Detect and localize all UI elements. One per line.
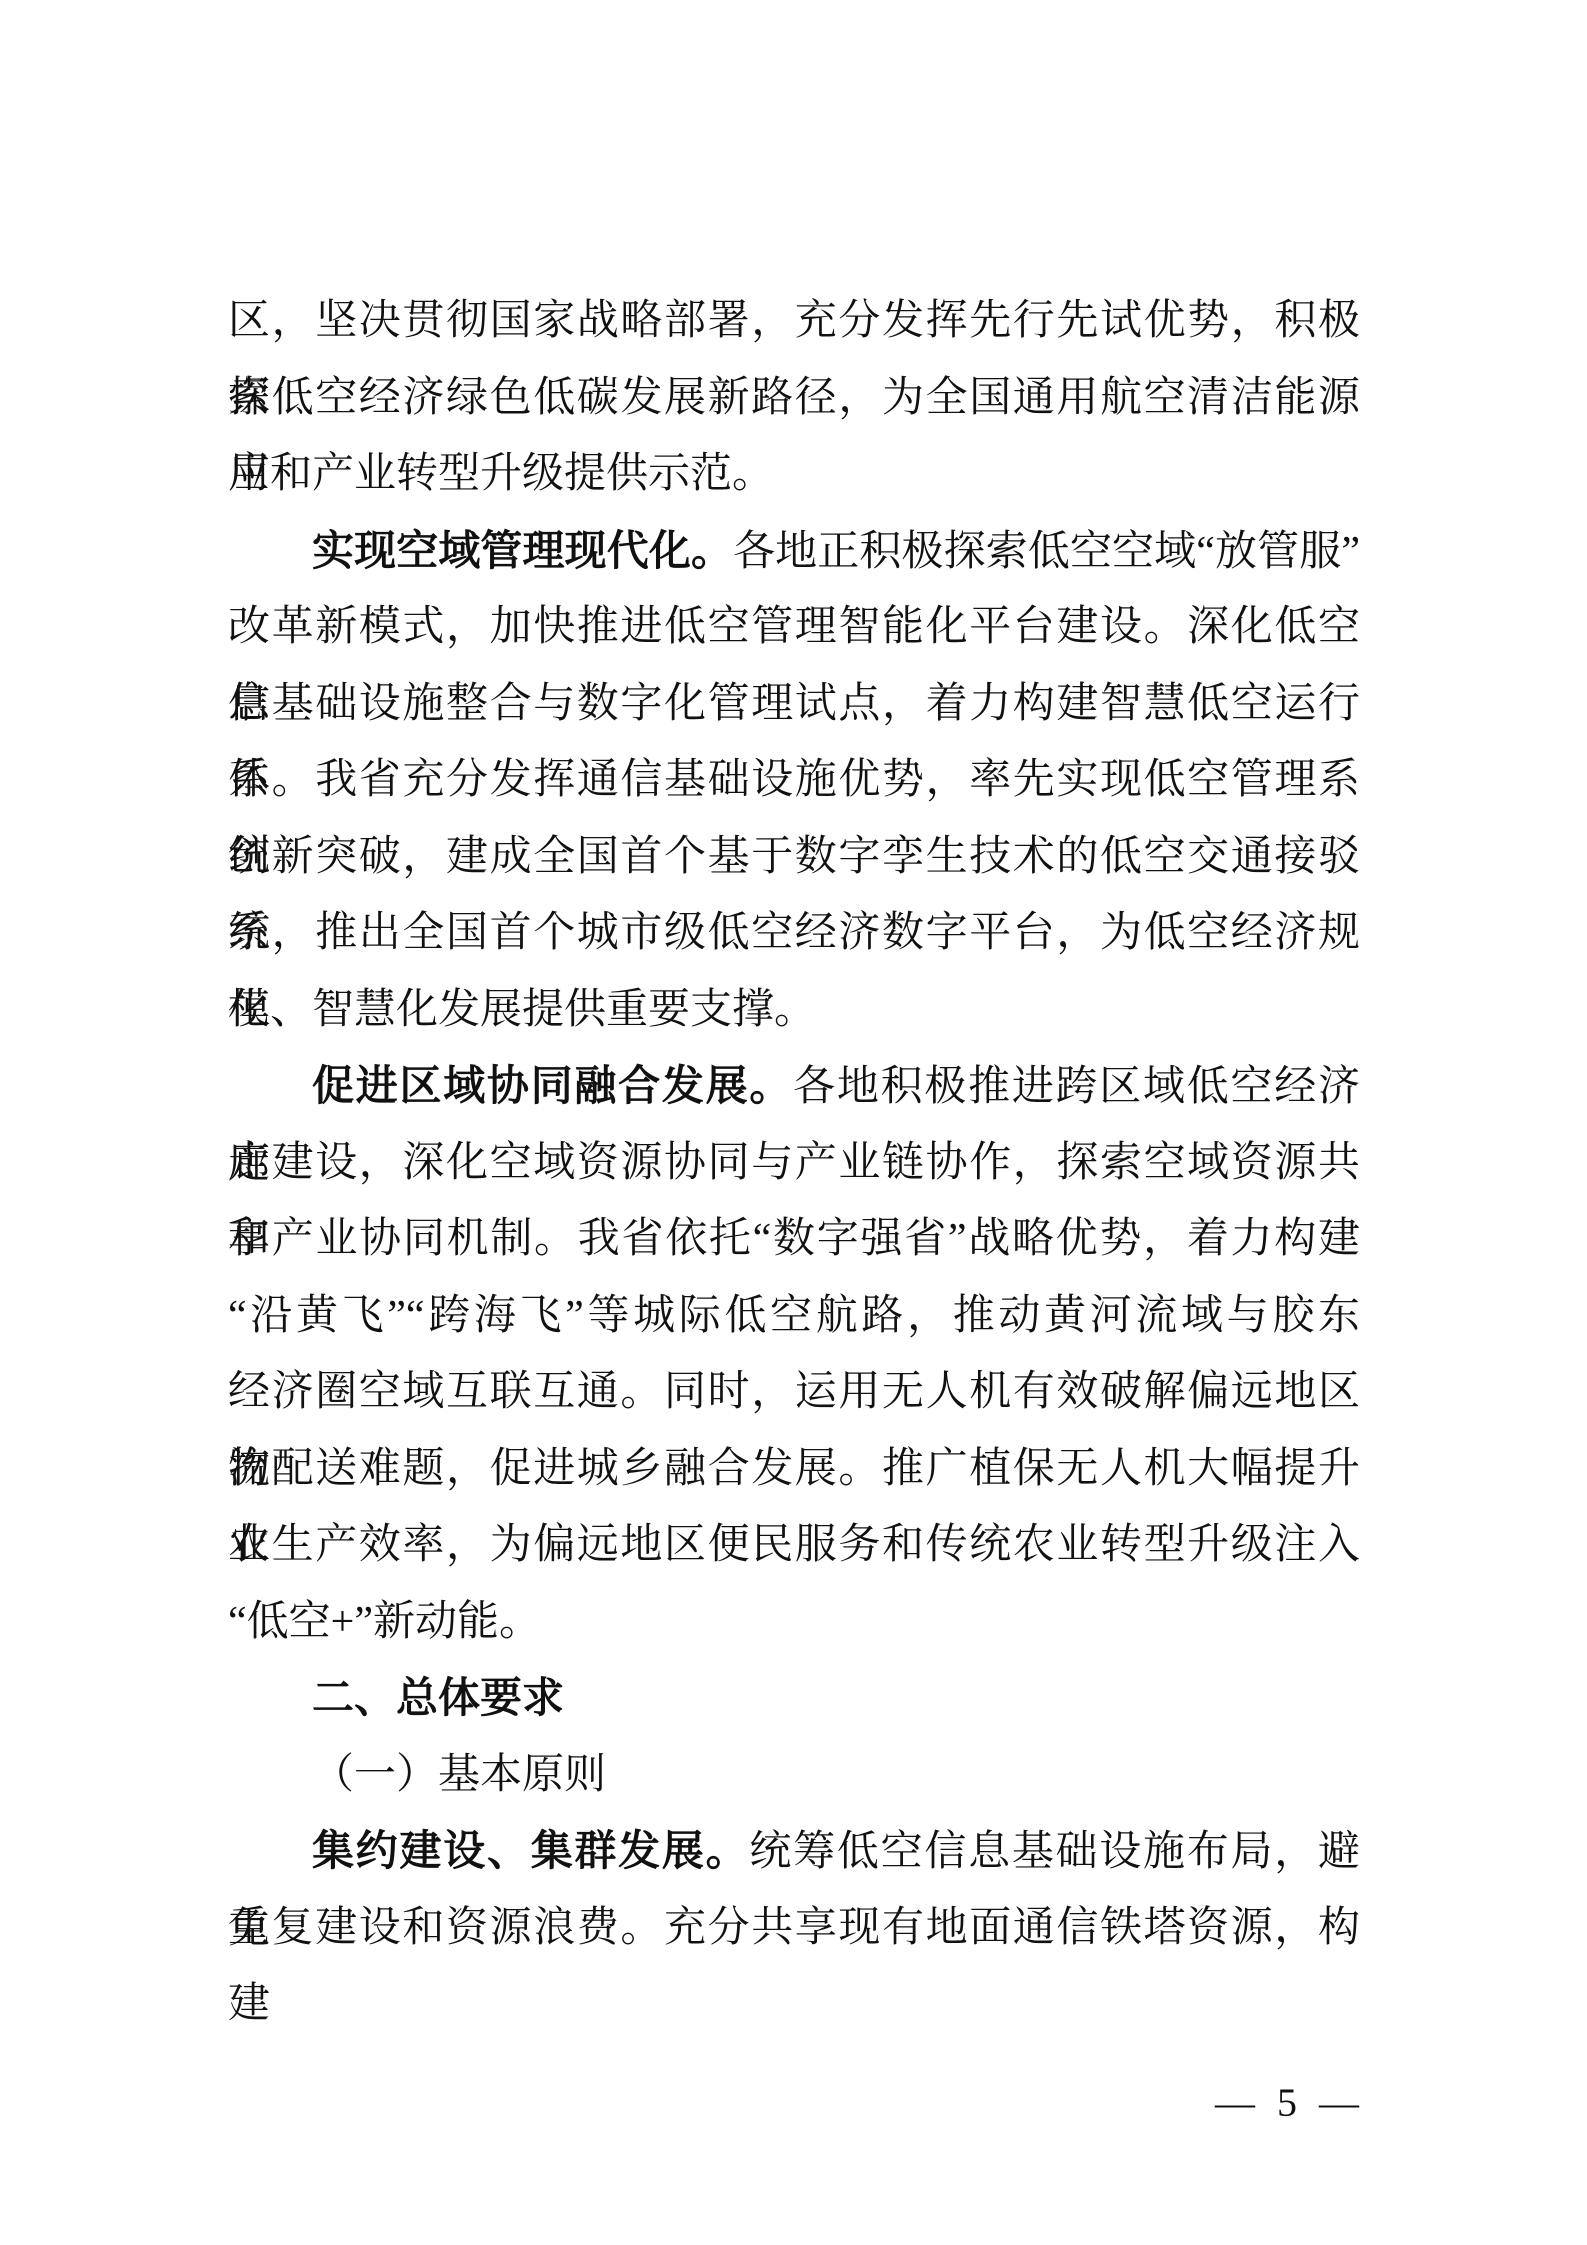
text-line: 廊建设，深化空域资源协同与产业链协作，探索空域资源共享 bbox=[228, 1125, 1360, 1202]
text-line: 息基础设施整合与数字化管理试点，着力构建智慧低空运行体 bbox=[228, 666, 1360, 743]
text-line: 促进区域协同融合发展。各地积极推进跨区域低空经济走 bbox=[228, 1048, 1360, 1125]
bold-lead: 促进区域协同融合发展。 bbox=[312, 1062, 793, 1109]
text-line: 用和产业转型升级提供示范。 bbox=[228, 436, 1360, 513]
text-line: 经济圈空域互联互通。同时，运用无人机有效破解偏远地区物 bbox=[228, 1354, 1360, 1431]
text-line: 重复建设和资源浪费。充分共享现有地面通信铁塔资源，构建 bbox=[228, 1890, 1360, 1967]
line-text: 化、智慧化发展提供重要支撑。 bbox=[228, 987, 816, 1033]
section-heading-line: 二、总体要求 bbox=[228, 1660, 1360, 1737]
text-line: 改革新模式，加快推进低空管理智能化平台建设。深化低空信 bbox=[228, 589, 1360, 666]
text-line: 业生产效率，为偏远地区便民服务和传统农业转型升级注入 bbox=[228, 1507, 1360, 1584]
text-line: 实现空域管理现代化。各地正积极探索低空空域“放管服” bbox=[228, 513, 1360, 590]
text-line: 流配送难题，促进城乡融合发展。推广植保无人机大幅提升农 bbox=[228, 1431, 1360, 1508]
line-text: “低空+”新动能。 bbox=[228, 1599, 541, 1645]
document-page: 区，坚决贯彻国家战略部署，充分发挥先行先试优势，积极探索低空经济绿色低碳发展新路… bbox=[0, 0, 1587, 2245]
line-text: 业生产效率，为偏远地区便民服务和传统农业转型升级注入 bbox=[228, 1522, 1360, 1568]
bold-lead: 集约建设、集群发展。 bbox=[312, 1827, 749, 1874]
line-text: “沿黄飞”“跨海飞”等城际低空航路，推动黄河流域与胶东 bbox=[228, 1293, 1360, 1339]
text-line: 索低空经济绿色低碳发展新路径，为全国通用航空清洁能源应 bbox=[228, 360, 1360, 437]
text-line: 和产业协同机制。我省依托“数字强省”战略优势，着力构建 bbox=[228, 1201, 1360, 1278]
text-line: “低空+”新动能。 bbox=[228, 1584, 1360, 1661]
line-text: 用和产业转型升级提供示范。 bbox=[228, 451, 774, 497]
line-text: 和产业协同机制。我省依托“数字强省”战略优势，着力构建 bbox=[228, 1216, 1360, 1262]
text-line: （一）基本原则 bbox=[228, 1737, 1360, 1814]
page-number: — 5 — bbox=[1215, 2080, 1365, 2126]
line-text: 重复建设和资源浪费。充分共享现有地面通信铁塔资源，构建 bbox=[228, 1905, 1360, 2028]
text-line: 创新突破，建成全国首个基于数字孪生技术的低空交通接驳系 bbox=[228, 819, 1360, 896]
text-line: 系。我省充分发挥通信基础设施优势，率先实现低空管理系统 bbox=[228, 742, 1360, 819]
text-line: 化、智慧化发展提供重要支撑。 bbox=[228, 972, 1360, 1049]
text-line: 统，推出全国首个城市级低空经济数字平台，为低空经济规模 bbox=[228, 895, 1360, 972]
line-text: 二、总体要求 bbox=[312, 1674, 564, 1721]
text-line: 集约建设、集群发展。统筹低空信息基础设施布局，避免 bbox=[228, 1813, 1360, 1890]
document-body: 区，坚决贯彻国家战略部署，充分发挥先行先试优势，积极探索低空经济绿色低碳发展新路… bbox=[228, 283, 1360, 1966]
text-line: 区，坚决贯彻国家战略部署，充分发挥先行先试优势，积极探 bbox=[228, 283, 1360, 360]
bold-lead: 实现空域管理现代化。 bbox=[312, 527, 733, 574]
line-text: 各地正积极探索低空空域“放管服” bbox=[733, 529, 1360, 575]
text-line: “沿黄飞”“跨海飞”等城际低空航路，推动黄河流域与胶东 bbox=[228, 1278, 1360, 1355]
line-text: （一）基本原则 bbox=[312, 1752, 606, 1798]
